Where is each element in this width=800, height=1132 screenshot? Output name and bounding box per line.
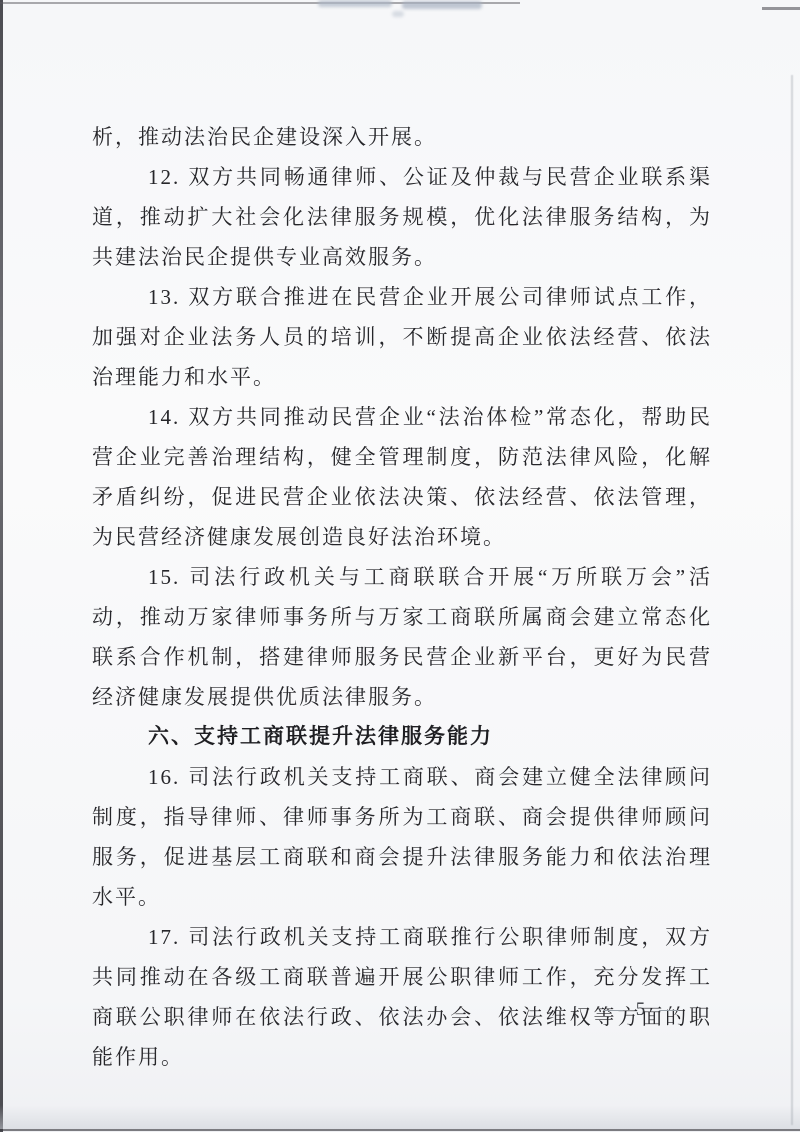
scan-edge-left xyxy=(0,0,3,1132)
document-page: 析，推动法治民企建设深入开展。 12. 双方共同畅通律师、公证及仲裁与民营企业联… xyxy=(0,0,800,1132)
page-number-value: 5 xyxy=(636,999,646,1021)
paragraph-item-12: 12. 双方共同畅通律师、公证及仲裁与民营企业联系渠道，推动扩大社会化法律服务规… xyxy=(92,157,712,277)
page-number-dash-right: — xyxy=(659,999,677,1021)
scan-edge-top-right xyxy=(762,7,800,10)
page-number-dash-left: — xyxy=(604,999,622,1021)
paragraph-continuation: 析，推动法治民企建设深入开展。 xyxy=(92,117,712,157)
paragraph-item-16: 16. 司法行政机关支持工商联、商会建立健全法律顾问制度，指导律师、律师事务所为… xyxy=(92,757,712,917)
scan-edge-bottom xyxy=(0,1129,800,1131)
scan-smudge xyxy=(402,1,482,9)
scan-smudge xyxy=(318,0,392,7)
scan-smudge xyxy=(392,11,404,17)
paragraph-item-13: 13. 双方联合推进在民营企业开展公司律师试点工作，加强对企业法务人员的培训，不… xyxy=(92,277,712,397)
scan-shadow-bottom xyxy=(0,1105,800,1129)
page-number: — 5 — xyxy=(558,995,723,1025)
paragraph-item-14: 14. 双方共同推动民营企业“法治体检”常态化，帮助民营企业完善治理结构，健全管… xyxy=(92,397,712,557)
section-heading-six: 六、支持工商联提升法律服务能力 xyxy=(92,717,712,757)
paragraph-item-15: 15. 司法行政机关与工商联联合开展“万所联万会”活动，推动万家律师事务所与万家… xyxy=(92,557,712,717)
document-body: 析，推动法治民企建设深入开展。 12. 双方共同畅通律师、公证及仲裁与民营企业联… xyxy=(92,117,712,1077)
scan-shadow-right xyxy=(791,75,793,1125)
